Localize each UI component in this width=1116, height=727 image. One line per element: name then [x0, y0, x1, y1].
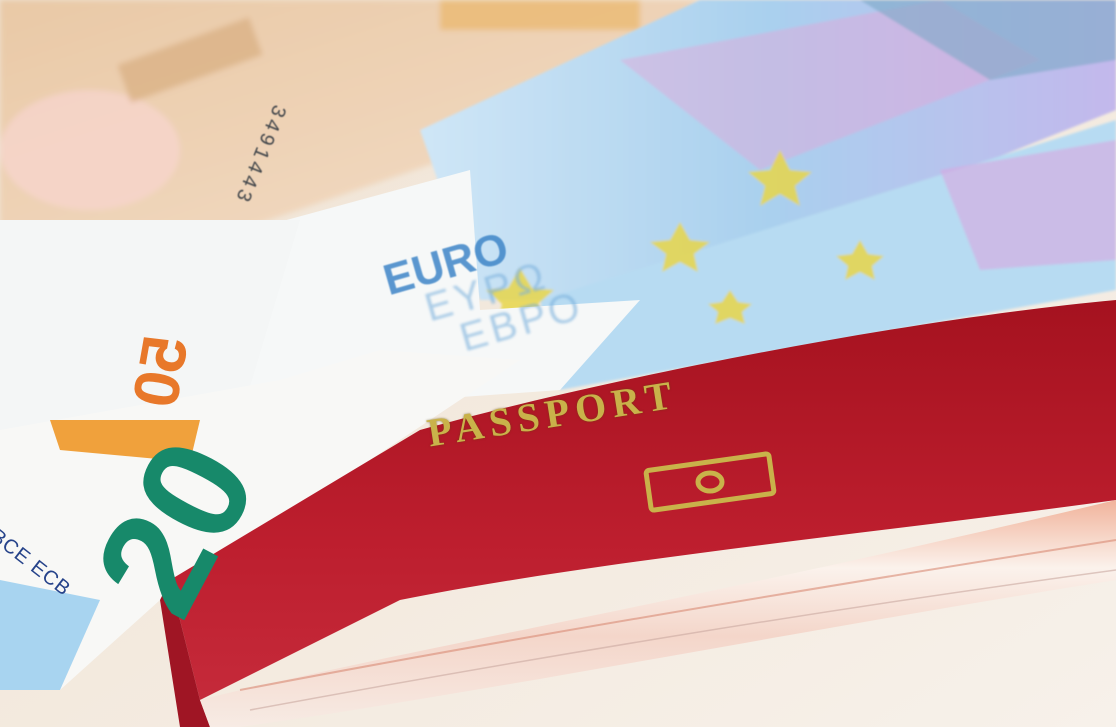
photo-scene: 3491443 EURO ΕΥΡΩ ЕВРО 50 20 BCE ECB PAS…	[0, 0, 1116, 727]
denomination-orange: 50	[118, 330, 203, 413]
